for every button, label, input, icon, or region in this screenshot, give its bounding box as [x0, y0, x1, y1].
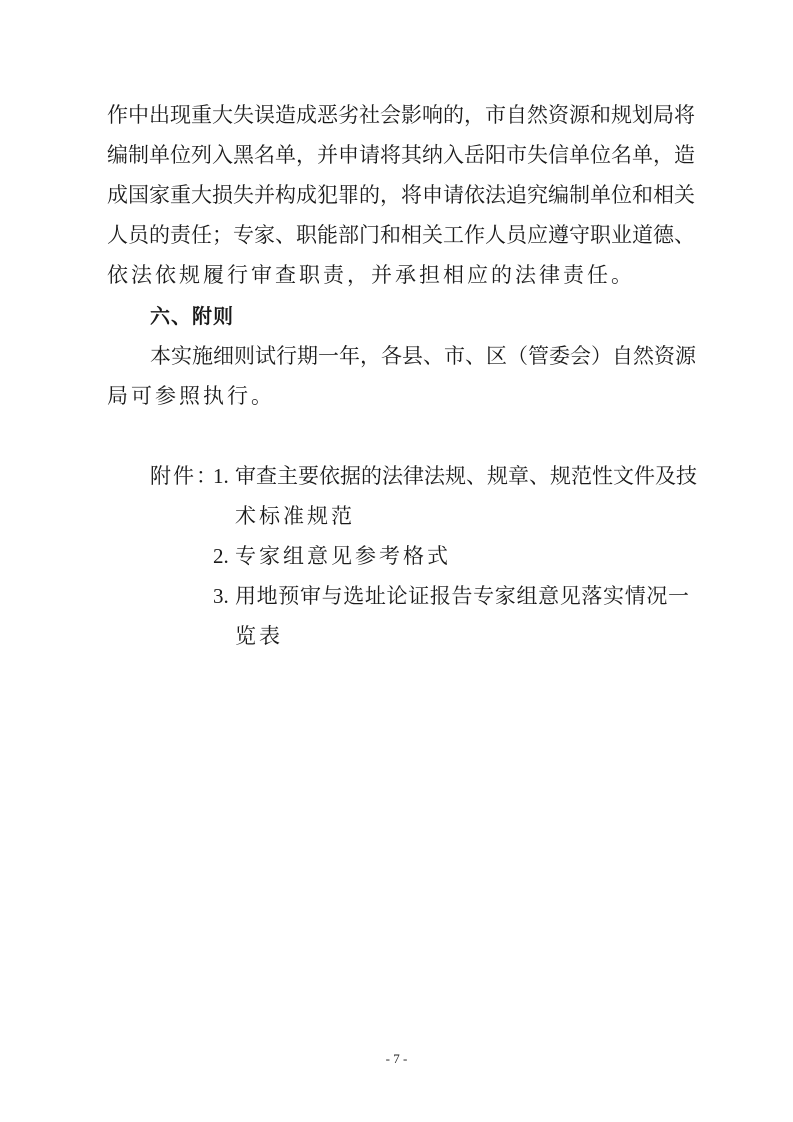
attachment-title: 审查主要依据的法律法规、规章、规范性文件及技 — [235, 464, 689, 488]
attachment-number: 3. — [213, 584, 235, 608]
section-paragraph-line-1: 本实施细则试行期一年，各县、市、区（管委会）自然资源 — [150, 344, 689, 368]
body-line-5: 依法依规履行审查职责，并承担相应的法律责任。 — [107, 263, 635, 287]
body-line-4: 人员的责任；专家、职能部门和相关工作人员应遵守职业道德、 — [107, 223, 689, 247]
section-heading: 六、附则 — [150, 304, 234, 328]
page-number: - 7 - — [0, 1051, 793, 1067]
body-line-2: 编制单位列入黑名单，并申请将其纳入岳阳市失信单位名单，造 — [107, 143, 689, 167]
attachment-number: 1. — [213, 464, 235, 488]
body-line-3: 成国家重大损失并构成犯罪的，将申请依法追究编制单位和相关 — [107, 183, 689, 207]
attachment-item-1-continued: 术标准规范 — [235, 504, 355, 528]
attachment-item-3-continued: 览表 — [235, 624, 283, 648]
document-page: 作中出现重大失误造成恶劣社会影响的，市自然资源和规划局将 编制单位列入黑名单，并… — [0, 0, 793, 1122]
attachment-number: 2. — [213, 544, 235, 568]
attachments-label: 附件： — [150, 464, 219, 488]
attachment-title: 用地预审与选址论证报告专家组意见落实情况一 — [235, 584, 689, 608]
attachment-item-2: 2.专家组意见参考格式 — [213, 544, 451, 568]
attachment-item-1: 1.审查主要依据的法律法规、规章、规范性文件及技 — [213, 464, 689, 488]
section-paragraph-line-2: 局可参照执行。 — [107, 384, 275, 408]
attachment-title: 专家组意见参考格式 — [235, 544, 451, 568]
body-line-1: 作中出现重大失误造成恶劣社会影响的，市自然资源和规划局将 — [107, 103, 689, 127]
attachment-item-3: 3.用地预审与选址论证报告专家组意见落实情况一 — [213, 584, 689, 608]
